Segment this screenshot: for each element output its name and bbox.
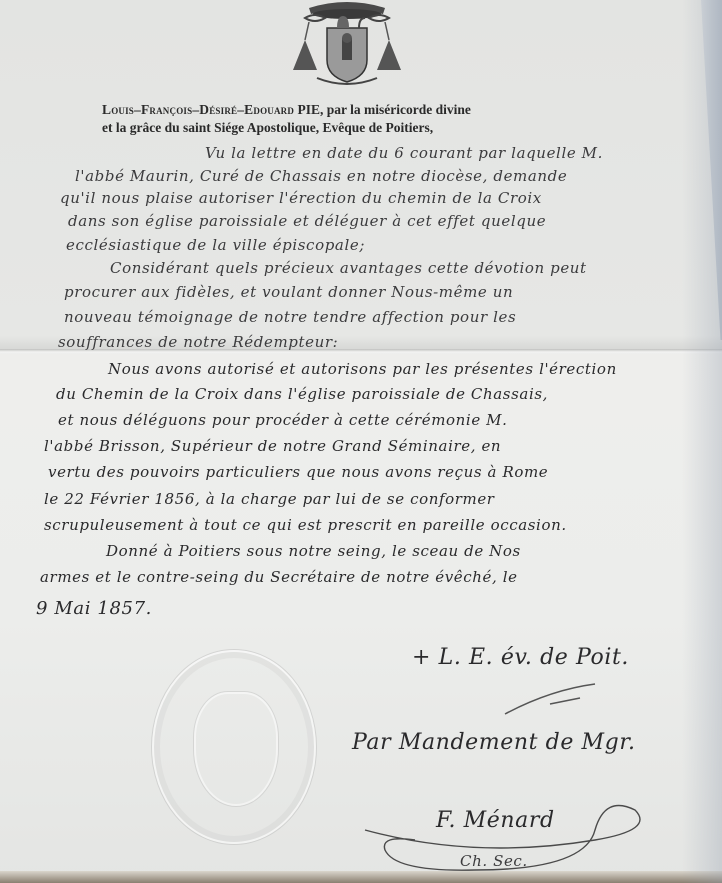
body-line: scrupuleusement à tout ce qui est prescr… [44,516,567,534]
letterhead-line2: et la grâce du saint Siége Apostolique, … [102,119,662,137]
body-line: procurer aux fidèles, et voulant donner … [64,283,513,301]
body-line: armes et le contre-seing du Secrétaire d… [40,568,518,586]
body-line: l'abbé Brisson, Supérieur de notre Grand… [44,437,501,455]
embossed-episcopal-seal-icon [152,650,316,844]
body-line: ecclésiastique de la ville épiscopale; [66,236,365,254]
body-line: Nous avons autorisé et autorisons par le… [108,360,617,378]
body-line: Considérant quels précieux avantages cet… [110,259,587,277]
body-line: qu'il nous plaise autoriser l'érection d… [60,189,542,207]
letterhead-line1-rest: , par la miséricorde divine [320,102,471,117]
body-line: Vu la lettre en date du 6 courant par la… [205,144,603,162]
signature-flourish-icon [500,680,610,720]
body-line: vertu des pouvoirs particuliers que nous… [48,463,548,481]
body-line: nouveau témoignage de notre tendre affec… [64,308,516,326]
body-line: l'abbé Maurin, Curé de Chassais en notre… [75,167,567,185]
secretary-title: Ch. Sec. [460,852,528,870]
body-line: dans son église paroissiale et déléguer … [68,212,546,230]
body-line: du Chemin de la Croix dans l'église paro… [56,385,548,403]
paper-right-edge [692,0,722,340]
body-line: Donné à Poitiers sous notre seing, le sc… [106,542,521,560]
countersign-line: Par Mandement de Mgr. [352,730,636,755]
bishop-given-names: Louis–François–Désiré–Edouard [102,102,294,117]
paper-bottom-edge [0,871,722,883]
bishop-surname: PIE [297,102,320,117]
body-line: et nous déléguons pour procéder à cette … [58,411,508,429]
episcopal-coat-of-arms-icon [287,0,407,88]
body-line: le 22 Février 1856, à la charge par lui … [44,490,495,508]
bishop-signature: + L. E. év. de Poit. [412,645,629,670]
document-page: Louis–François–Désiré–Edouard PIE, par l… [0,0,722,883]
body-line: souffrances de notre Rédempteur: [58,333,338,351]
date-line: 9 Mai 1857. [36,598,152,619]
letterhead: Louis–François–Désiré–Edouard PIE, par l… [102,101,662,137]
